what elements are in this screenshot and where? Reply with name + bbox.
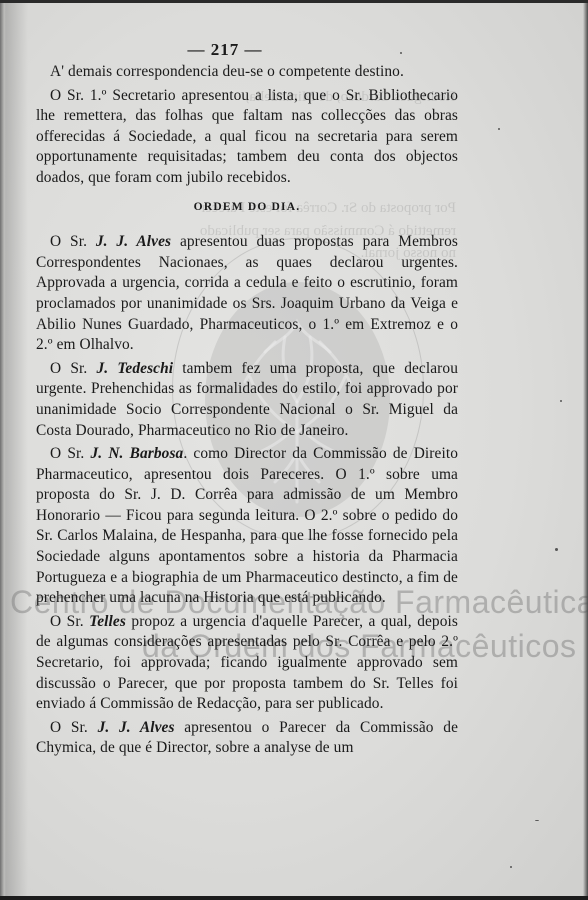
page-edge-left	[0, 0, 6, 900]
paragraph-correspondence: A' demais correspondencia deu-se o compe…	[36, 62, 458, 83]
page-edge-right	[583, 0, 588, 900]
member-name: J. J. Alves	[98, 719, 175, 736]
text-body: apresentou duas propostas para Membros C…	[36, 233, 458, 353]
text-prefix: O Sr.	[50, 445, 90, 462]
text-prefix: O Sr.	[50, 613, 89, 630]
member-name: Telles	[89, 613, 126, 630]
page-body: A' demais correspondencia deu-se o compe…	[36, 62, 458, 759]
text-body: . como Director da Commissão de Direito …	[36, 445, 458, 606]
page-number: — 217 —	[0, 40, 440, 60]
member-name: J. J. Alves	[96, 233, 171, 250]
paper-speck	[498, 128, 500, 130]
text-prefix: O Sr.	[50, 233, 96, 250]
page-edge-top	[0, 0, 588, 3]
page-edge-bottom	[0, 896, 588, 900]
paragraph-barbosa-pareceres: O Sr. J. N. Barbosa. como Director da Co…	[36, 444, 458, 609]
paragraph-alves-proposals: O Sr. J. J. Alves apresentou duas propos…	[36, 232, 458, 356]
paragraph-tedeschi-proposal: O Sr. J. Tedeschi tambem fez uma propost…	[36, 359, 458, 441]
paragraph-telles-urgency: O Sr. Telles propoz a urgencia d'aquelle…	[36, 612, 458, 715]
section-heading: ORDEM DO DIA.	[36, 197, 458, 218]
member-name: J. Tedeschi	[96, 360, 173, 377]
paper-speck	[535, 820, 539, 821]
paper-speck	[560, 400, 562, 402]
paper-speck	[400, 52, 402, 54]
text-prefix: O Sr.	[50, 360, 96, 377]
member-name: J. N. Barbosa	[90, 445, 183, 462]
paper-speck	[555, 548, 558, 551]
paper-speck	[510, 866, 512, 868]
scanned-page: Rodrigues Cardoso, de Mirandella, Por pr…	[0, 0, 588, 900]
paragraph-secretary-list: O Sr. 1.º Secretario apresentou a lista,…	[36, 86, 458, 189]
text-prefix: O Sr.	[50, 719, 98, 736]
paragraph-alves-chymica: O Sr. J. J. Alves apresentou o Parecer d…	[36, 718, 458, 759]
